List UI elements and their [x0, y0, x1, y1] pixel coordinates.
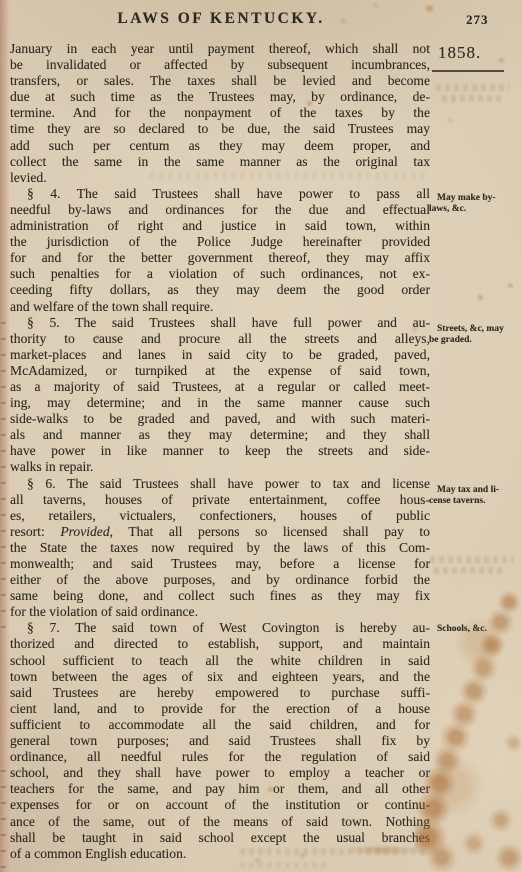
- paragraph: § 7. The said town of West Covington is …: [10, 620, 430, 861]
- text-line: due at such time as the Trustees may, by…: [10, 89, 430, 105]
- text-line: town between the ages of six and eightee…: [10, 669, 430, 685]
- page-number: 273: [466, 12, 506, 28]
- text-line: the State the taxes now required by the …: [10, 540, 430, 556]
- text-line: either of the above purposes, and by ord…: [10, 572, 430, 588]
- margin-note: May tax and li-cense taverns.: [429, 485, 517, 507]
- margin-note-line: cense taverns.: [429, 496, 517, 507]
- text-line: thority to cause and procure all the str…: [10, 331, 430, 347]
- text-line: teachers for the same, and pay him or th…: [10, 781, 430, 797]
- text-line: sufficient to accommodate all the said c…: [10, 717, 430, 733]
- text-line: es, retailers, victualers, confectioners…: [10, 508, 430, 524]
- text-line: and welfare of the town shall require.: [10, 299, 430, 315]
- paragraph: § 6. The said Trustees shall have power …: [10, 476, 430, 621]
- margin-note-line: laws, &c.: [429, 204, 517, 215]
- paragraph: § 4. The said Trustees shall have power …: [10, 186, 430, 315]
- foxing-smudge: [340, 843, 425, 857]
- edge-print-ticks: [1, 322, 6, 642]
- text-line: termine. And for the nonpayment of the t…: [10, 105, 430, 121]
- margin-note-line: be graded.: [429, 335, 517, 346]
- text-line: expenses for or on account of the instit…: [10, 797, 430, 813]
- text-line: all taverns, houses of private entertain…: [10, 492, 430, 508]
- text-line: monwealth; and said Trustees may, before…: [10, 556, 430, 572]
- paragraph: § 5. The said Trustees shall have full p…: [10, 315, 430, 476]
- text-line: the jurisdiction of the Police Judge her…: [10, 234, 430, 250]
- text-line: als and manner as they may determine; an…: [10, 427, 430, 443]
- text-line: same being done, and collect such fines …: [10, 588, 430, 604]
- book-page: LAWS OF KENTUCKY. 273 January in each ye…: [0, 0, 522, 872]
- text-line: cient land, and to provide for the erect…: [10, 701, 430, 717]
- text-line: § 7. The said town of West Covington is …: [10, 620, 430, 636]
- foxing-spots: [0, 0, 5, 5]
- bleed-through: [150, 172, 425, 179]
- foxing-streak: [415, 585, 522, 872]
- bleed-through: [430, 556, 514, 563]
- text-line: walks in repair.: [10, 459, 430, 475]
- text-line: § 6. The said Trustees shall have power …: [10, 476, 430, 492]
- text-line: § 4. The said Trustees shall have power …: [10, 186, 430, 202]
- text-line: said Trustees are hereby empowered to pu…: [10, 685, 430, 701]
- paragraph: January in each year until payment there…: [10, 41, 430, 186]
- text-line: market-places and lanes in said city to …: [10, 347, 430, 363]
- margin-note-line: May make by-: [429, 193, 517, 204]
- bleed-through: [240, 862, 330, 869]
- margin-note: May make by-laws, &c.: [429, 193, 517, 215]
- text-line: as a majority of said Trustees, at a reg…: [10, 379, 430, 395]
- margin-year: 1858.: [438, 43, 508, 63]
- margin-note-line: Streets, &c, may: [429, 324, 517, 335]
- body-text: January in each year until payment there…: [10, 41, 430, 862]
- text-line: add such per centum as they may deem pro…: [10, 138, 430, 154]
- text-line: such penalties for a violation of such o…: [10, 266, 430, 282]
- text-line: ing, may determine; and in the same mann…: [10, 395, 430, 411]
- margin-note-line: May tax and li-: [429, 485, 517, 496]
- bleed-through: [436, 84, 510, 91]
- text-line: side-walks to be graded and paved, and w…: [10, 411, 430, 427]
- running-title: LAWS OF KENTUCKY.: [10, 10, 432, 28]
- text-line: transfers, or sales. The taxes shall be …: [10, 73, 430, 89]
- text-line: January in each year until payment there…: [10, 41, 430, 57]
- text-line: administration of right and justice in s…: [10, 218, 430, 234]
- text-line: be invalidated or affected by subsequent…: [10, 57, 430, 73]
- text-line: collect the same in the same manner as t…: [10, 154, 430, 170]
- bleed-through: [442, 95, 504, 102]
- text-line: have power in like manner to keep the st…: [10, 443, 430, 459]
- text-line: school sufficient to teach all the white…: [10, 653, 430, 669]
- text-line: time they are so declared to be due, the…: [10, 121, 430, 137]
- edge-print-ticks: [1, 770, 6, 870]
- text-line: for and for the better government thereo…: [10, 250, 430, 266]
- text-line: school, and they shall have power to emp…: [10, 765, 430, 781]
- text-line: ordinance, all needful rules for the reg…: [10, 749, 430, 765]
- text-line: ceeding fifty dollars, as they may deem …: [10, 282, 430, 298]
- text-line: McAdamized, or turnpiked at the expense …: [10, 363, 430, 379]
- text-line: general town purposes; and said Trustees…: [10, 733, 430, 749]
- bleed-through: [434, 567, 502, 574]
- text-line: resort: Provided, That all persons so li…: [10, 524, 430, 540]
- text-line: § 5. The said Trustees shall have full p…: [10, 315, 430, 331]
- text-line: needful by-laws and ordinances for the d…: [10, 202, 430, 218]
- text-line: ance of the same, out of the means of sa…: [10, 814, 430, 830]
- margin-year-rule: [432, 70, 504, 72]
- text-line: thorized and directed to establish, supp…: [10, 636, 430, 652]
- text-line: for the violation of said ordinance.: [10, 604, 430, 620]
- margin-note: Streets, &c, maybe graded.: [429, 324, 517, 346]
